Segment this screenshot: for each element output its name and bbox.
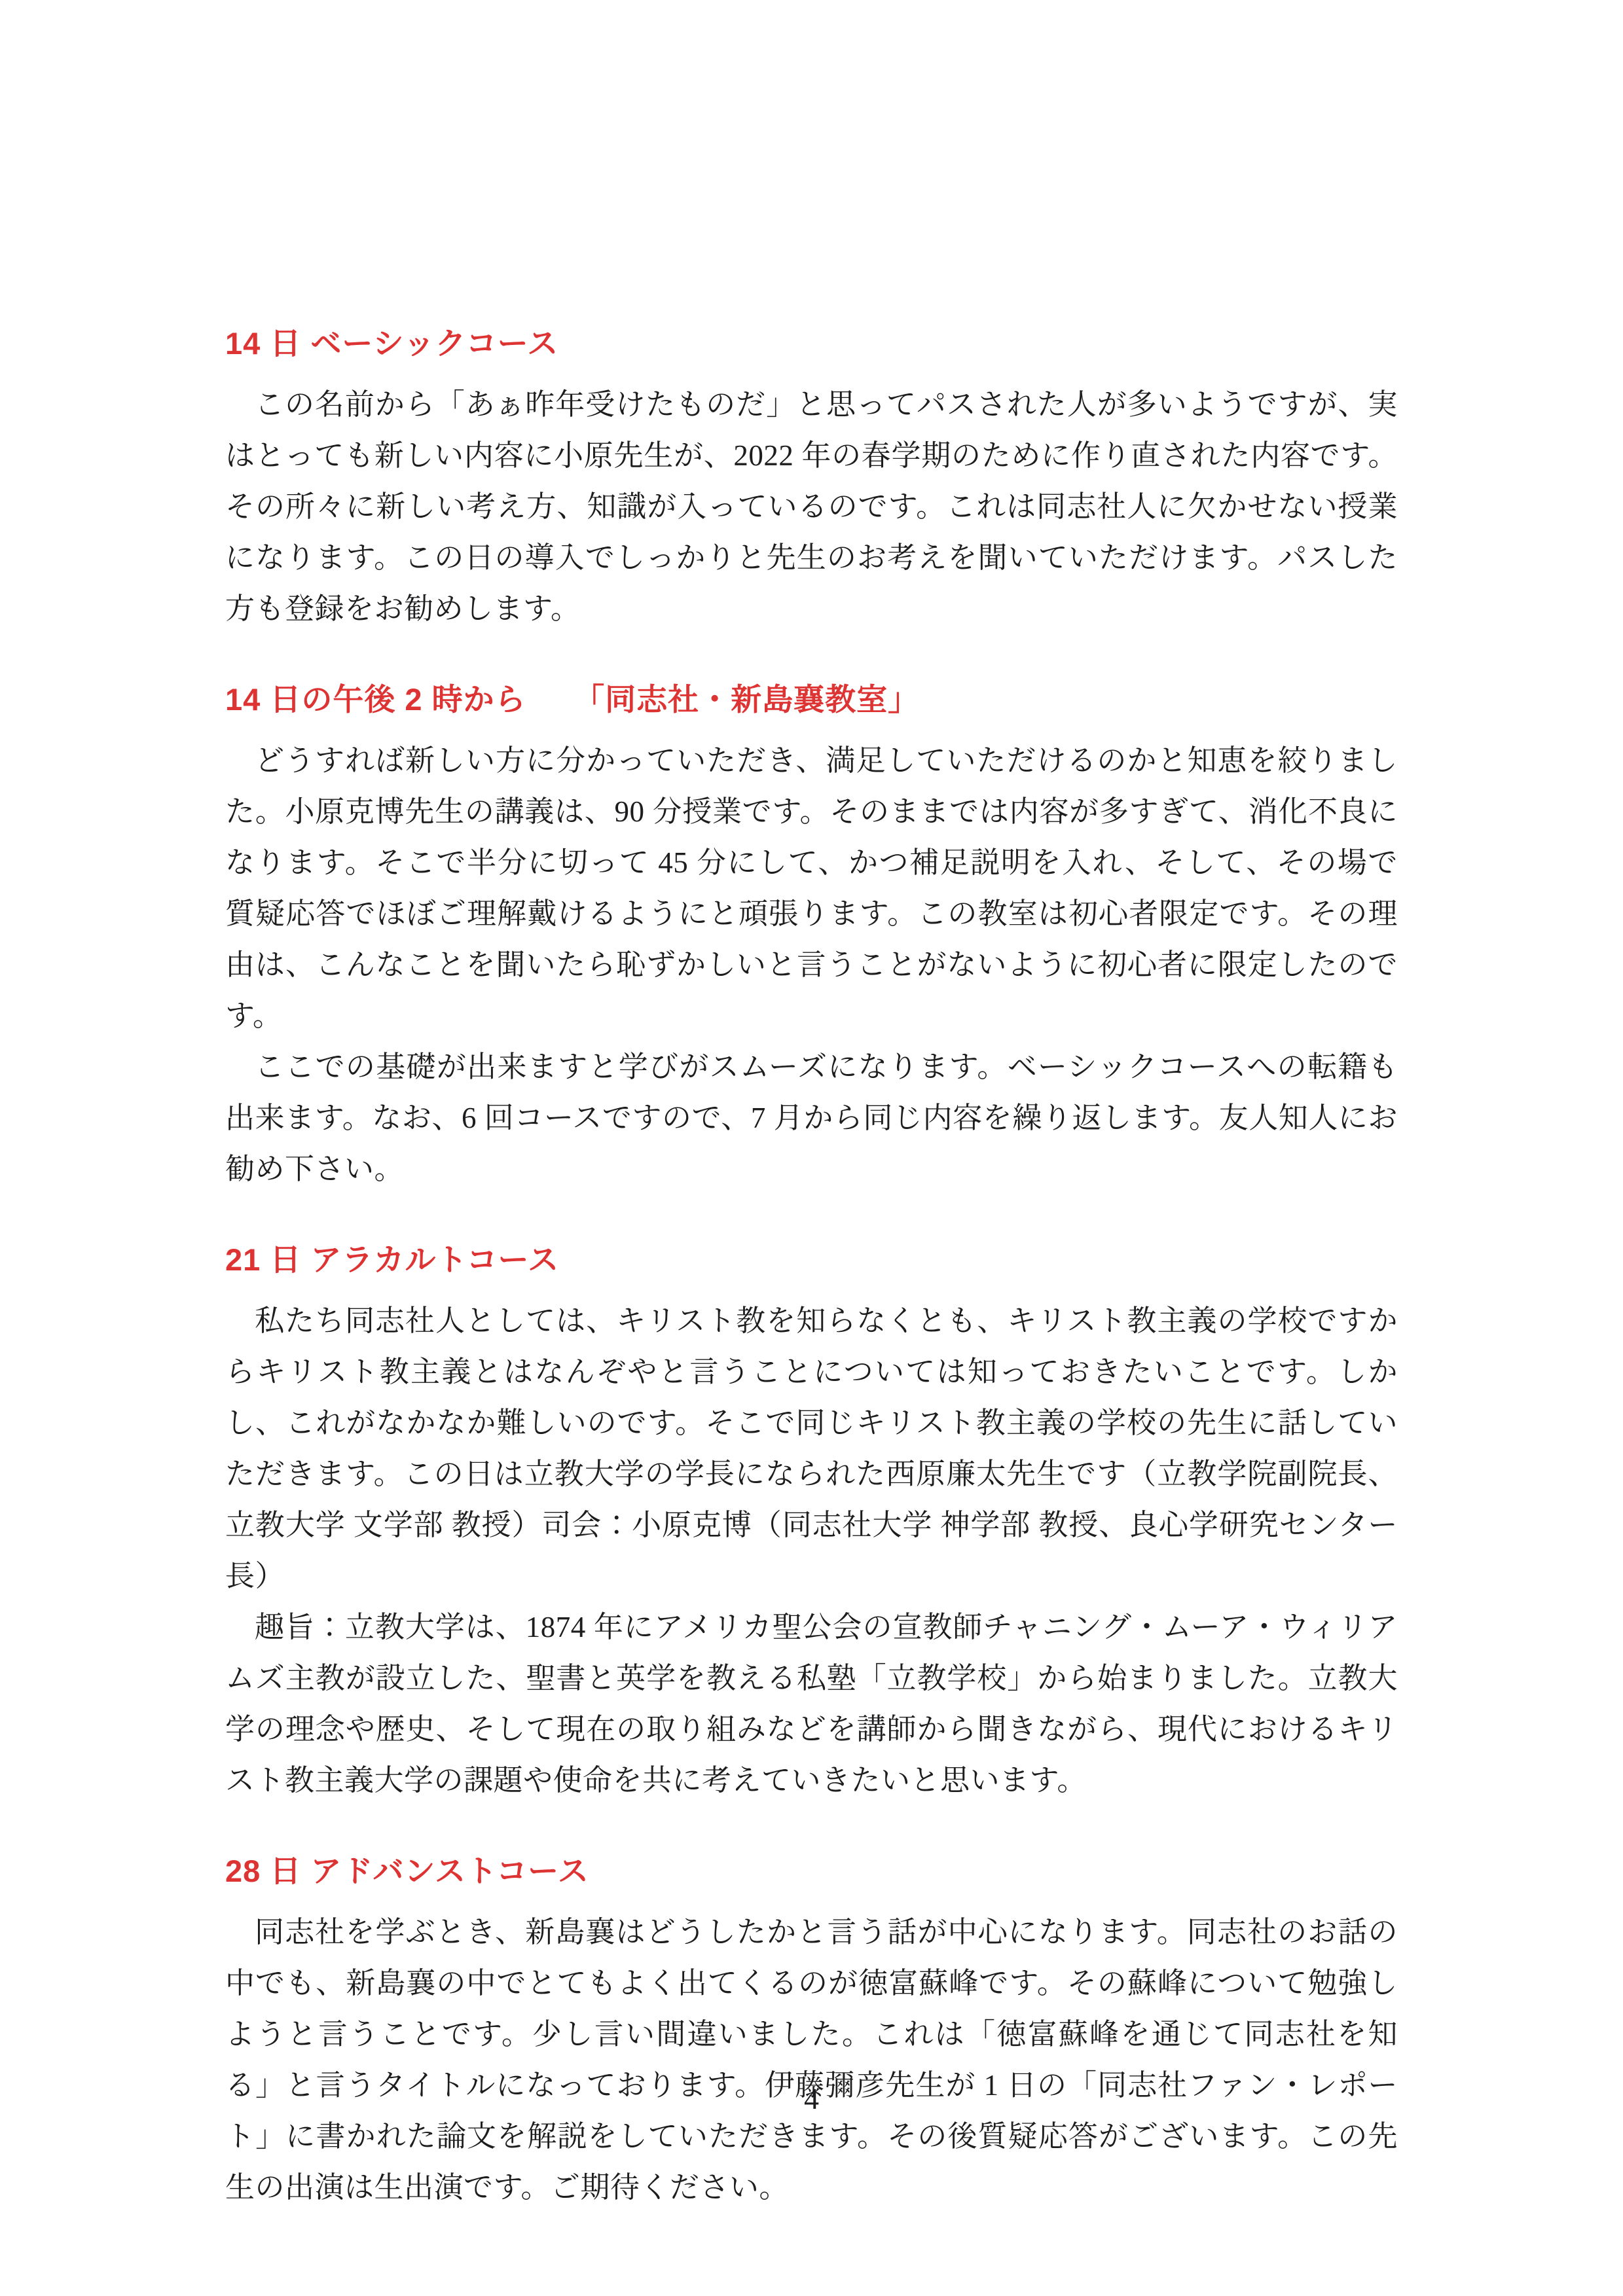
paragraph-a-la-carte-2: 趣旨：立教大学は、1874 年にアメリカ聖公会の宣教師チャニング・ムーア・ウィリ… [225,1602,1398,1806]
section-advanced-course: 28 日 アドバンストコース 同志社を学ぶとき、新島襄はどうしたかと言う話が中心… [225,1853,1398,2213]
section-a-la-carte-course: 21 日 アラカルトコース 私たち同志社人としては、キリスト教を知らなくとも、キ… [225,1242,1398,1806]
section-heading-basic-course: 14 日 ベーシックコース [225,325,1398,362]
paragraph-niijima-classroom-1: どうすれば新しい方に分かっていただき、満足していただけるのかと知恵を絞りました。… [225,735,1398,1041]
paragraph-advanced-course-1: 同志社を学ぶとき、新島襄はどうしたかと言う話が中心になります。同志社のお話の中で… [225,1907,1398,2213]
section-basic-course: 14 日 ベーシックコース この名前から「あぁ昨年受けたものだ」と思ってパスされ… [225,325,1398,634]
paragraph-niijima-classroom-2: ここでの基礎が出来ますと学びがスムーズになります。ベーシックコースへの転籍も出来… [225,1041,1398,1194]
section-heading-advanced-course: 28 日 アドバンストコース [225,1853,1398,1890]
section-niijima-classroom: 14 日の午後 2 時から 「同志社・新島襄教室」 どうすれば新しい方に分かって… [225,681,1398,1194]
paragraph-basic-course-1: この名前から「あぁ昨年受けたものだ」と思ってパスされた人が多いようですが、実はと… [225,379,1398,634]
section-heading-niijima-classroom: 14 日の午後 2 時から 「同志社・新島襄教室」 [225,681,1398,718]
document-page: 14 日 ベーシックコース この名前から「あぁ昨年受けたものだ」と思ってパスされ… [0,0,1623,2296]
section-heading-a-la-carte-course: 21 日 アラカルトコース [225,1242,1398,1278]
page-number: 4 [0,2081,1623,2116]
paragraph-a-la-carte-1: 私たち同志社人としては、キリスト教を知らなくとも、キリスト教主義の学校ですからキ… [225,1295,1398,1602]
